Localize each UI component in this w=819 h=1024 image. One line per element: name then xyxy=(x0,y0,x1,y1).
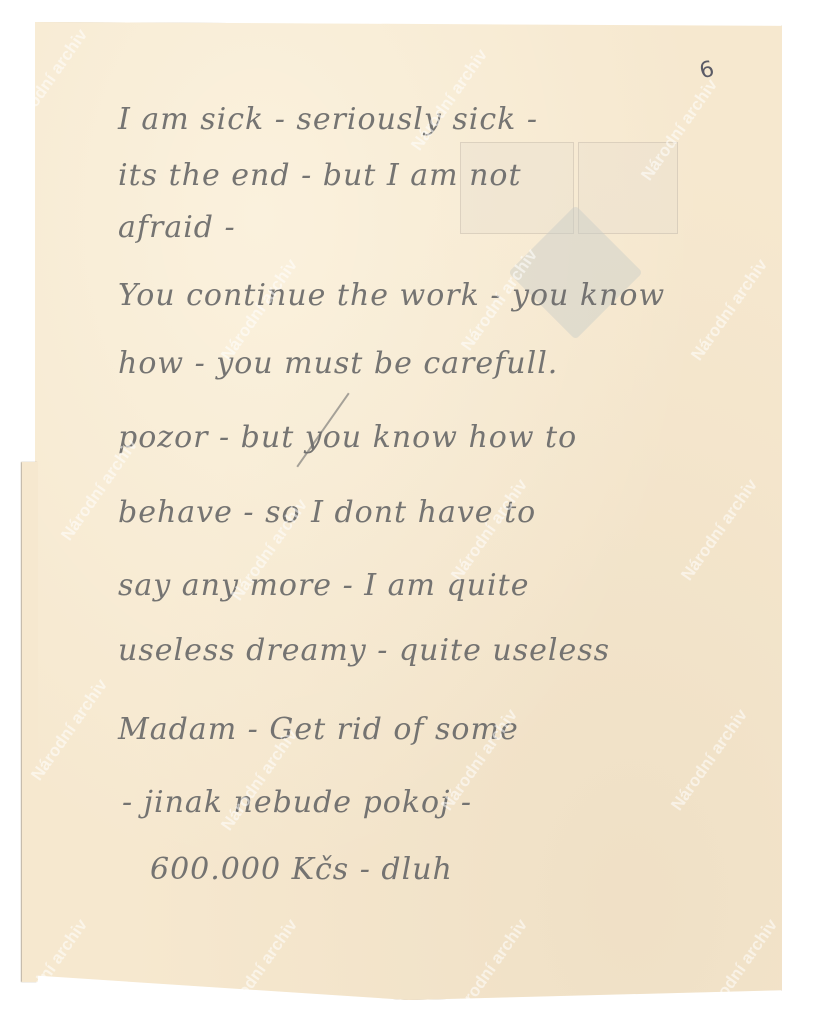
text-line: 600.000 Kčs - dluh xyxy=(150,852,453,887)
text-line: afraid - xyxy=(118,210,236,245)
text-line: its the end - but I am not xyxy=(118,158,522,193)
text-line: pozor - but you know how to xyxy=(118,420,577,455)
text-line: say any more - I am quite xyxy=(118,568,529,603)
text-line: - jinak nebude pokoj - xyxy=(122,785,472,820)
text-line: useless dreamy - quite useless xyxy=(118,633,610,668)
text-line: behave - so I dont have to xyxy=(118,495,536,530)
text-line: I am sick - seriously sick - xyxy=(118,102,538,137)
text-line: You continue the work - you know xyxy=(118,278,665,313)
handwritten-text: I am sick - seriously sick - its the end… xyxy=(0,0,819,1024)
text-line: how - you must be carefull. xyxy=(118,346,558,381)
text-line: Madam - Get rid of some xyxy=(118,712,519,747)
